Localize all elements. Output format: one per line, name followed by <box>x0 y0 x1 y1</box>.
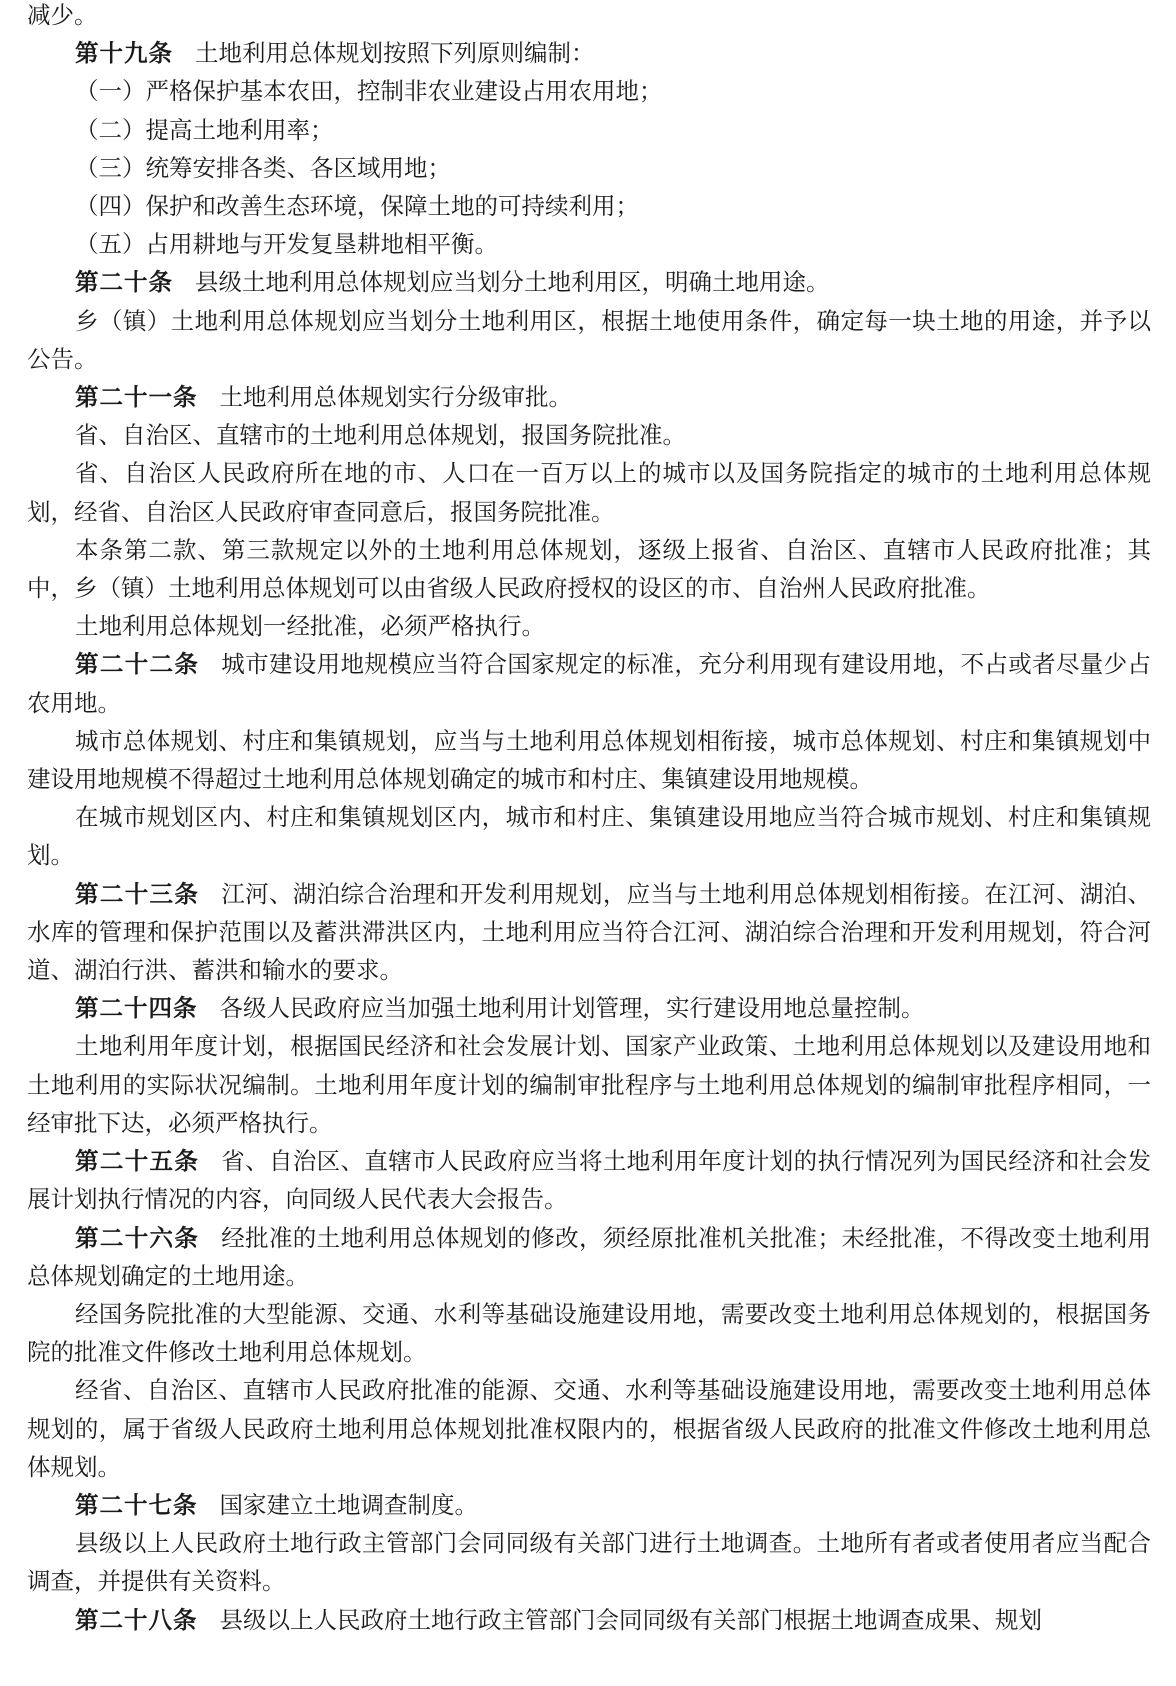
paragraph-text: 乡（镇）土地利用总体规划应当划分土地利用区，根据土地使用条件，确定每一块土地的用… <box>27 307 1151 373</box>
article-paragraph: 第二十二条城市建设用地规模应当符合国家规定的标准，充分利用现有建设用地，不占或者… <box>27 645 1151 721</box>
paragraph: （四）保护和改善生态环境，保障土地的可持续利用； <box>27 187 1151 225</box>
article-paragraph: 第二十八条县级以上人民政府土地行政主管部门会同同级有关部门根据土地调查成果、规划 <box>27 1601 1151 1639</box>
paragraph-text: （三）统筹安排各类、各区域用地； <box>75 154 451 182</box>
document-page: 减少。第十九条土地利用总体规划按照下列原则编制：（一）严格保护基本农田，控制非农… <box>27 0 1151 1639</box>
article-number: 第二十八条 <box>75 1606 198 1634</box>
article-paragraph: 第二十一条土地利用总体规划实行分级审批。 <box>27 378 1151 416</box>
paragraph-text: 县级以上人民政府土地行政主管部门会同同级有关部门根据土地调查成果、规划 <box>220 1606 1043 1634</box>
article-number: 第二十一条 <box>75 383 198 411</box>
paragraph: （二）提高土地利用率； <box>27 111 1151 149</box>
article-number: 第二十六条 <box>75 1224 199 1252</box>
paragraph: 省、自治区人民政府所在地的市、人口在一百万以上的城市以及国务院指定的城市的土地利… <box>27 454 1151 530</box>
paragraph-text: （二）提高土地利用率； <box>75 116 334 144</box>
paragraph-text: 本条第二款、第三款规定以外的土地利用总体规划，逐级上报省、自治区、直辖市人民政府… <box>27 536 1151 602</box>
paragraph-text: （四）保护和改善生态环境，保障土地的可持续利用； <box>75 192 639 220</box>
paragraph: 乡（镇）土地利用总体规划应当划分土地利用区，根据土地使用条件，确定每一块土地的用… <box>27 302 1151 378</box>
article-paragraph: 第二十六条经批准的土地利用总体规划的修改，须经原批准机关批准；未经批准，不得改变… <box>27 1219 1151 1295</box>
article-number: 第十九条 <box>75 39 173 67</box>
paragraph-text: 省、自治区、直辖市的土地利用总体规划，报国务院批准。 <box>75 421 686 449</box>
paragraph: （一）严格保护基本农田，控制非农业建设占用农用地； <box>27 72 1151 110</box>
paragraph: （三）统筹安排各类、各区域用地； <box>27 149 1151 187</box>
article-paragraph: 第二十条县级土地利用总体规划应当划分土地利用区，明确土地用途。 <box>27 263 1151 301</box>
paragraph: （五）占用耕地与开发复垦耕地相平衡。 <box>27 225 1151 263</box>
article-number: 第二十二条 <box>75 650 199 678</box>
paragraph-text: 土地利用总体规划按照下列原则编制： <box>195 39 595 67</box>
article-paragraph: 第二十三条江河、湖泊综合治理和开发利用规划，应当与土地利用总体规划相衔接。在江河… <box>27 875 1151 990</box>
paragraph: 本条第二款、第三款规定以外的土地利用总体规划，逐级上报省、自治区、直辖市人民政府… <box>27 531 1151 607</box>
paragraph-text: 各级人民政府应当加强土地利用计划管理，实行建设用地总量控制。 <box>220 994 925 1022</box>
paragraph-text: 国家建立土地调查制度。 <box>220 1491 479 1519</box>
paragraph-text: 土地利用总体规划一经批准，必须严格执行。 <box>75 612 545 640</box>
paragraph-text: 在城市规划区内、村庄和集镇规划区内，城市和村庄、集镇建设用地应当符合城市规划、村… <box>27 803 1151 869</box>
paragraph-text: 城市总体规划、村庄和集镇规划，应当与土地利用总体规划相衔接，城市总体规划、村庄和… <box>27 727 1151 793</box>
paragraph-text: 经省、自治区、直辖市人民政府批准的能源、交通、水利等基础设施建设用地，需要改变土… <box>27 1376 1151 1480</box>
article-number: 第二十七条 <box>75 1491 198 1519</box>
paragraph: 城市总体规划、村庄和集镇规划，应当与土地利用总体规划相衔接，城市总体规划、村庄和… <box>27 722 1151 798</box>
article-number: 第二十条 <box>75 268 173 296</box>
paragraph-text: （一）严格保护基本农田，控制非农业建设占用农用地； <box>75 77 663 105</box>
paragraph-text: 县级土地利用总体规划应当划分土地利用区，明确土地用途。 <box>195 268 830 296</box>
article-paragraph: 第二十五条省、自治区、直辖市人民政府应当将土地利用年度计划的执行情况列为国民经济… <box>27 1142 1151 1218</box>
paragraph-text: 县级以上人民政府土地行政主管部门会同同级有关部门进行土地调查。土地所有者或者使用… <box>27 1529 1151 1595</box>
paragraph: 经省、自治区、直辖市人民政府批准的能源、交通、水利等基础设施建设用地，需要改变土… <box>27 1371 1151 1486</box>
paragraph: 减少。 <box>27 0 1151 34</box>
article-number: 第二十四条 <box>75 994 198 1022</box>
paragraph: 县级以上人民政府土地行政主管部门会同同级有关部门进行土地调查。土地所有者或者使用… <box>27 1524 1151 1600</box>
article-paragraph: 第二十七条国家建立土地调查制度。 <box>27 1486 1151 1524</box>
article-paragraph: 第二十四条各级人民政府应当加强土地利用计划管理，实行建设用地总量控制。 <box>27 989 1151 1027</box>
article-number: 第二十三条 <box>75 880 199 908</box>
paragraph-text: 土地利用总体规划实行分级审批。 <box>220 383 573 411</box>
article-number: 第二十五条 <box>75 1147 199 1175</box>
paragraph-text: 经国务院批准的大型能源、交通、水利等基础设施建设用地，需要改变土地利用总体规划的… <box>27 1300 1151 1366</box>
paragraph: 土地利用总体规划一经批准，必须严格执行。 <box>27 607 1151 645</box>
paragraph-text: 减少。 <box>27 1 98 29</box>
paragraph-text: 省、自治区人民政府所在地的市、人口在一百万以上的城市以及国务院指定的城市的土地利… <box>27 459 1151 525</box>
paragraph: 省、自治区、直辖市的土地利用总体规划，报国务院批准。 <box>27 416 1151 454</box>
paragraph: 土地利用年度计划，根据国民经济和社会发展计划、国家产业政策、土地利用总体规划以及… <box>27 1027 1151 1142</box>
paragraph-text: （五）占用耕地与开发复垦耕地相平衡。 <box>75 230 498 258</box>
paragraph-text: 土地利用年度计划，根据国民经济和社会发展计划、国家产业政策、土地利用总体规划以及… <box>27 1032 1151 1136</box>
paragraph: 在城市规划区内、村庄和集镇规划区内，城市和村庄、集镇建设用地应当符合城市规划、村… <box>27 798 1151 874</box>
paragraph: 经国务院批准的大型能源、交通、水利等基础设施建设用地，需要改变土地利用总体规划的… <box>27 1295 1151 1371</box>
article-paragraph: 第十九条土地利用总体规划按照下列原则编制： <box>27 34 1151 72</box>
